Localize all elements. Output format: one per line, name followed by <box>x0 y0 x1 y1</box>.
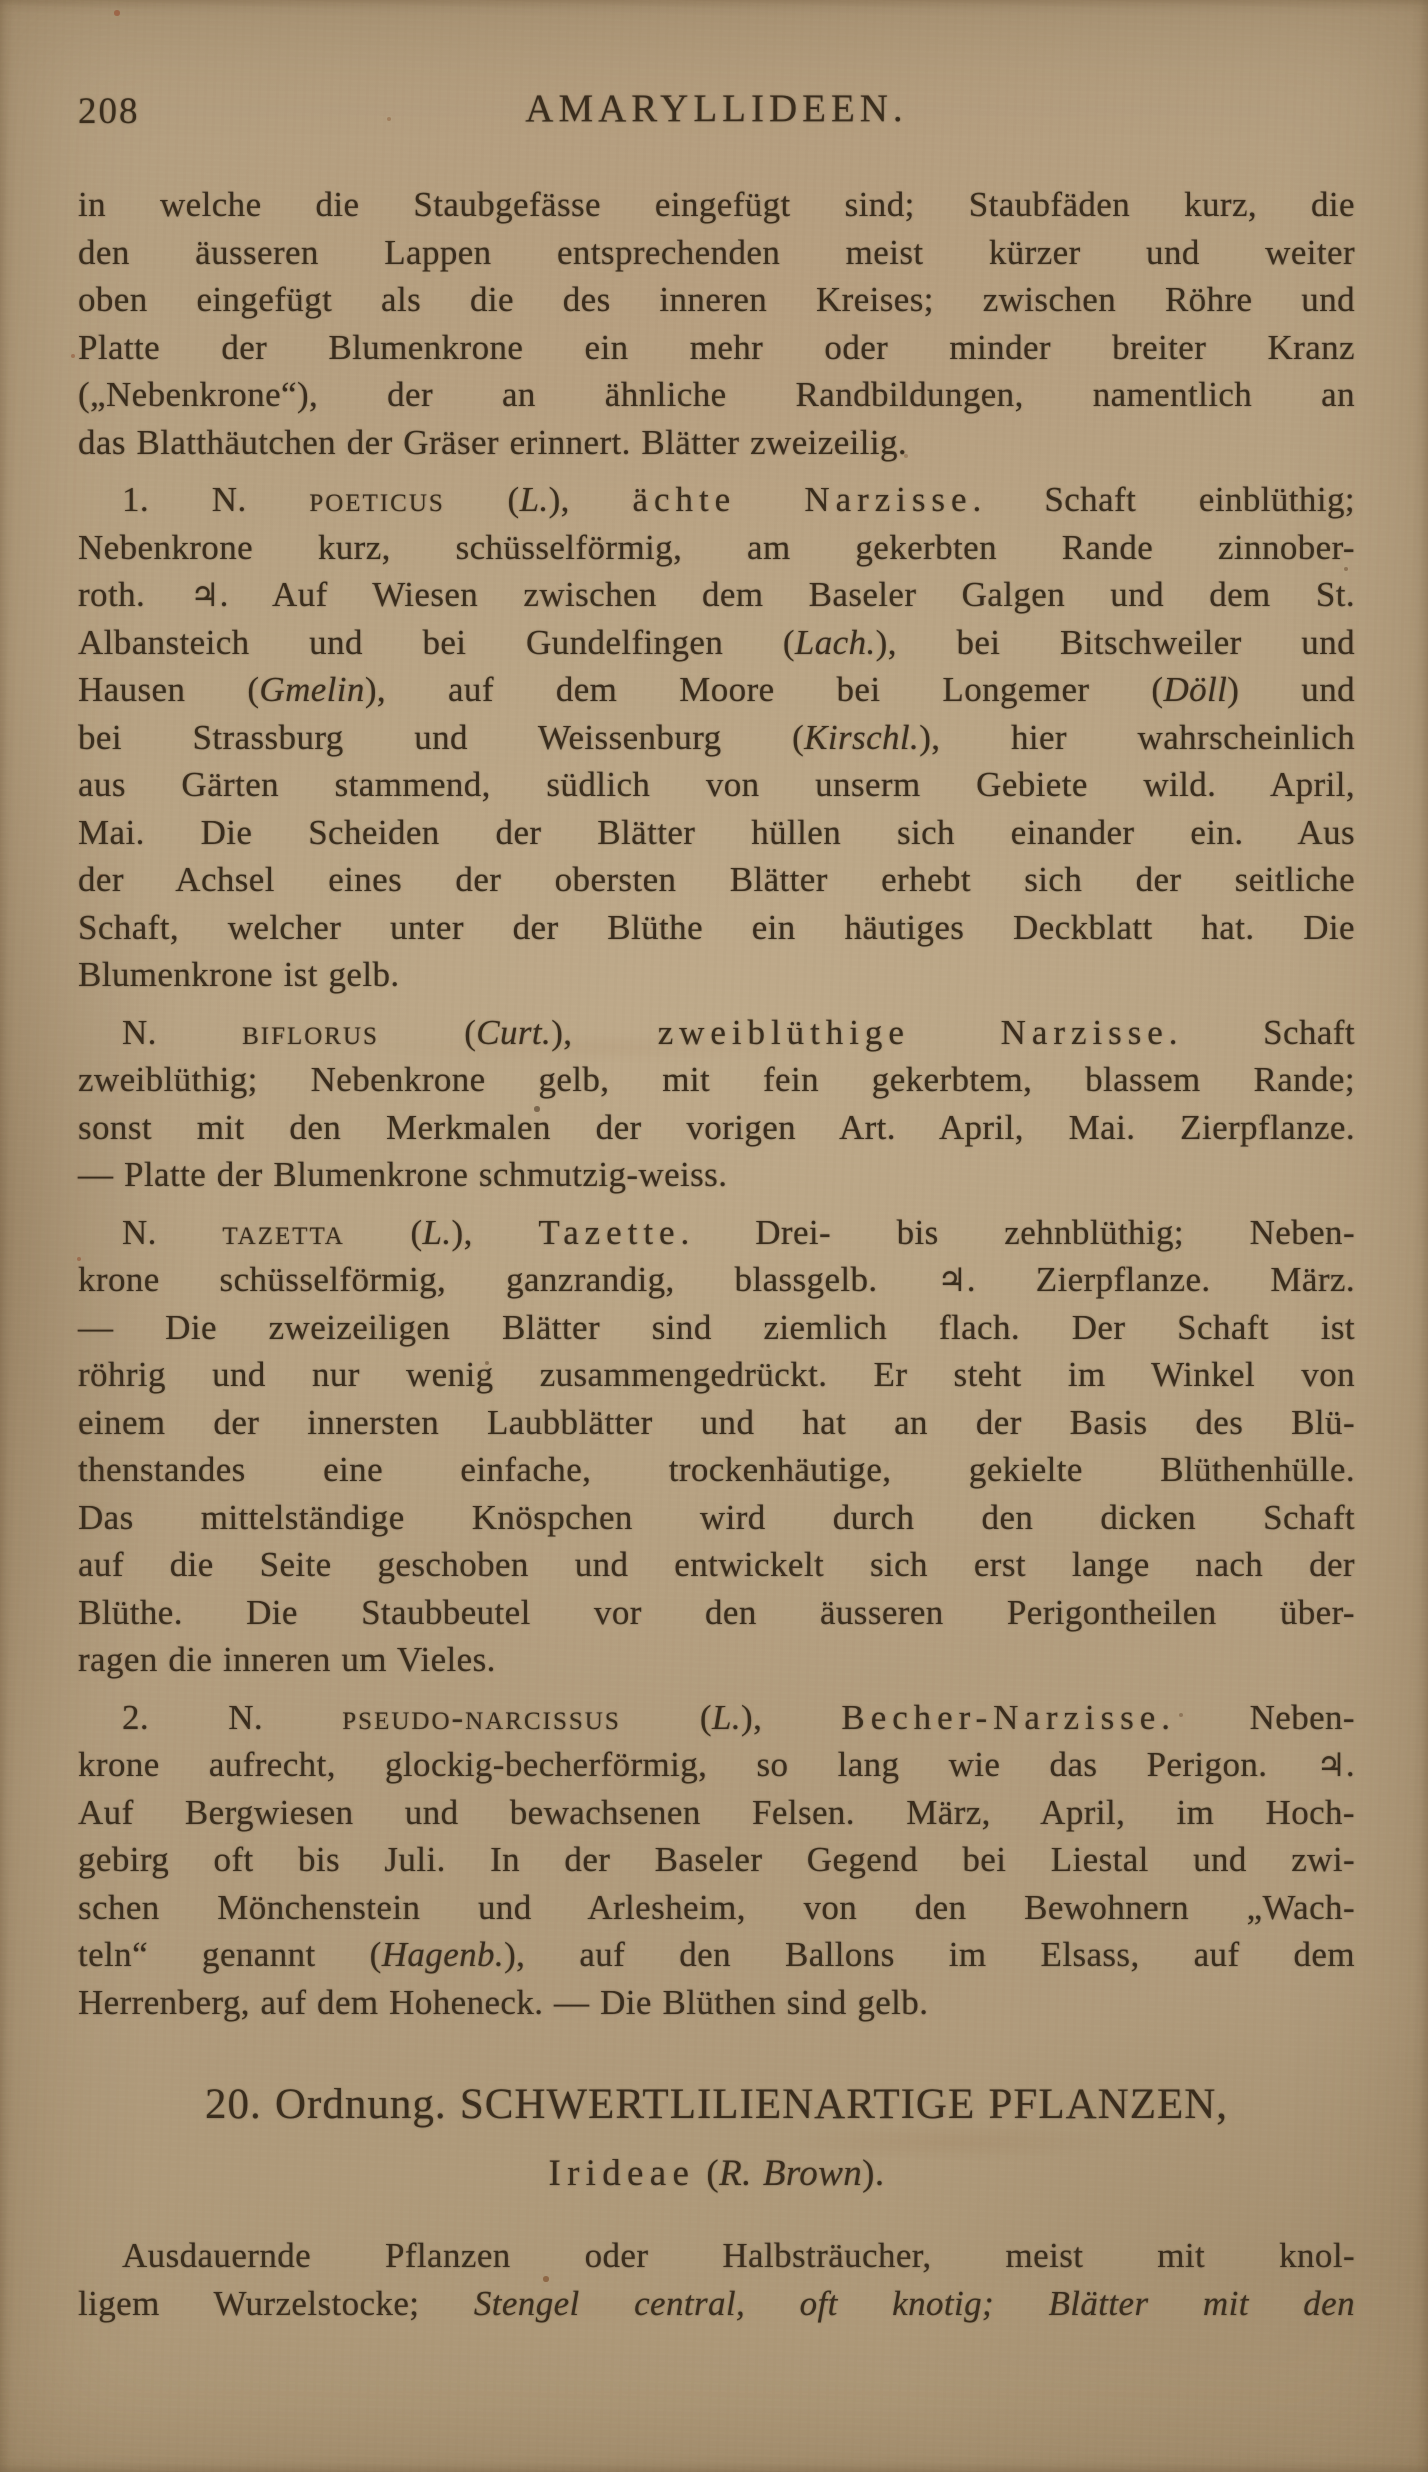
text-run: 20. Ordnung. SCHWERTLILIENARTIGE PFLANZE… <box>205 2081 1228 2128</box>
text-line: 20. Ordnung. SCHWERTLILIENARTIGE PFLANZE… <box>78 2068 1355 2142</box>
text-run: sonst mit den Merkmalen der vorigen Art.… <box>78 1108 1355 1147</box>
text-run: ( <box>621 1698 712 1737</box>
text-run: Blumenkrone ist gelb. <box>78 955 400 994</box>
text-run: ( <box>445 480 520 519</box>
text-run: ), <box>741 1698 841 1737</box>
text-run: Irideae <box>548 2153 695 2194</box>
text-line: Auf Bergwiesen und bewachsenen Felsen. M… <box>78 1789 1355 1837</box>
text-line: Blüthe. Die Staubbeutel vor den äusseren… <box>78 1589 1355 1637</box>
running-title: AMARYLLIDEEN. <box>78 86 1355 131</box>
paragraph: N. tazetta (L.), Tazette. Drei- bis zehn… <box>78 1209 1355 1684</box>
text-run: ), hier wahrscheinlich <box>919 718 1355 757</box>
text-run: . Auf Wiesen zwischen dem Baseler Galgen… <box>220 575 1355 614</box>
text-run: Blüthe. Die Staubbeutel vor den äusseren… <box>78 1593 1355 1632</box>
text-run: thenstandes eine einfache, trockenhäutig… <box>78 1450 1355 1489</box>
text-run: Platte der Blumenkrone ein mehr oder min… <box>78 328 1355 367</box>
text-run: Ausdauernde Pflanzen oder Halbsträucher,… <box>122 2236 1355 2275</box>
text-line: Nebenkrone kurz, schüsselförmig, am geke… <box>78 524 1355 572</box>
text-run: ), <box>452 1213 539 1252</box>
text-run: Stengel central, oft knotig; Blätter mit… <box>474 2284 1355 2323</box>
perennial-symbol: ♃ <box>937 1261 966 1299</box>
text-line: Blumenkrone ist gelb. <box>78 951 1355 999</box>
text-line: 2. N. pseudo-narcissus (L.), Becher-Narz… <box>78 1694 1355 1742</box>
text-run: ragen die inneren um Vieles. <box>78 1640 496 1679</box>
text-line: teln“ genannt (Hagenb.), auf den Ballons… <box>78 1931 1355 1979</box>
text-run: ), bei Bitschweiler und <box>876 623 1355 662</box>
text-run: . Zierpflanze. März. <box>967 1260 1355 1299</box>
text-run: . Drei- bis zehnblüthig; Neben- <box>681 1213 1356 1252</box>
text-run: Becher-Narzisse <box>841 1698 1161 1737</box>
book-page: 208 AMARYLLIDEEN. in welche die Staubgef… <box>0 0 1428 2472</box>
text-run: Hausen ( <box>78 670 259 709</box>
text-run: ( <box>345 1213 423 1252</box>
text-line: bei Strassburg und Weissenburg (Kirschl.… <box>78 714 1355 762</box>
text-run: L. <box>520 480 549 519</box>
text-line: thenstandes eine einfache, trockenhäutig… <box>78 1446 1355 1494</box>
text-line: N. tazetta (L.), Tazette. Drei- bis zehn… <box>78 1209 1355 1257</box>
text-line: Ausdauernde Pflanzen oder Halbsträucher,… <box>78 2232 1355 2280</box>
text-line: krone schüsselförmig, ganzrandig, blassg… <box>78 1256 1355 1304</box>
text-line: ligem Wurzelstocke; Stengel central, oft… <box>78 2280 1355 2328</box>
text-line: Hausen (Gmelin), auf dem Moore bei Longe… <box>78 666 1355 714</box>
text-run: 2. N. <box>122 1698 342 1737</box>
text-line: roth. ♃. Auf Wiesen zwischen dem Baseler… <box>78 571 1355 619</box>
text-line: den äusseren Lappen entsprechenden meist… <box>78 229 1355 277</box>
text-run: — Die zweizeiligen Blätter sind ziemlich… <box>78 1308 1355 1347</box>
text-run: Herrenberg, auf dem Hoheneck. — Die Blüt… <box>78 1983 928 2022</box>
text-run: Döll <box>1163 670 1227 709</box>
text-run: in welche die Staubgefässe eingefügt sin… <box>78 185 1355 224</box>
text-run: zweiblüthige Narzisse <box>658 1013 1169 1052</box>
text-run: Hagenb. <box>382 1935 504 1974</box>
text-run: gebirg oft bis Juli. In der Baseler Gege… <box>78 1840 1355 1879</box>
text-line: N. biflorus (Curt.), zweiblüthige Narzis… <box>78 1009 1355 1057</box>
text-line: einem der innersten Laubblätter und hat … <box>78 1399 1355 1447</box>
text-line: Albansteich und bei Gundelfingen (Lach.)… <box>78 619 1355 667</box>
text-run: aus Gärten stammend, südlich von unserm … <box>78 765 1355 804</box>
text-run: ), <box>551 1013 657 1052</box>
text-line: Irideae (R. Brown). <box>78 2142 1355 2206</box>
text-line: oben eingefügt als die des inneren Kreis… <box>78 276 1355 324</box>
text-run: L. <box>712 1698 741 1737</box>
text-line: Mai. Die Scheiden der Blätter hüllen sic… <box>78 809 1355 857</box>
text-run: einem der innersten Laubblätter und hat … <box>78 1403 1355 1442</box>
text-line: — Die zweizeiligen Blätter sind ziemlich… <box>78 1304 1355 1352</box>
text-run: . Schaft einblüthig; <box>973 480 1355 519</box>
paragraph: N. biflorus (Curt.), zweiblüthige Narzis… <box>78 1009 1355 1199</box>
text-line: der Achsel eines der obersten Blätter er… <box>78 856 1355 904</box>
text-line: aus Gärten stammend, südlich von unserm … <box>78 761 1355 809</box>
text-line: — Platte der Blumenkrone schmutzig-weiss… <box>78 1151 1355 1199</box>
text-run: Mai. Die Scheiden der Blätter hüllen sic… <box>78 813 1355 852</box>
text-run: schen Mönchenstein und Arlesheim, von de… <box>78 1888 1355 1927</box>
text-run: N. <box>122 1213 222 1252</box>
section-heading: 20. Ordnung. SCHWERTLILIENARTIGE PFLANZE… <box>78 2068 1355 2206</box>
paper-speckles <box>0 0 2 2</box>
text-line: Schaft, welcher unter der Blüthe ein häu… <box>78 904 1355 952</box>
text-run: 1. N. <box>122 480 309 519</box>
text-run: röhrig und nur wenig zusammengedrückt. E… <box>78 1355 1355 1394</box>
text-run: Albansteich und bei Gundelfingen ( <box>78 623 795 662</box>
text-run: ( <box>695 2153 719 2194</box>
text-run: Kirschl. <box>804 718 919 757</box>
paragraph: in welche die Staubgefässe eingefügt sin… <box>78 181 1355 466</box>
text-run: („Nebenkrone“), der an ähnliche Randbild… <box>78 375 1355 414</box>
text-run: Tazette <box>538 1213 680 1252</box>
text-run: roth. <box>78 575 190 614</box>
text-run: Lach. <box>795 623 876 662</box>
text-run: Gmelin <box>259 670 364 709</box>
paragraph: Ausdauernde Pflanzen oder Halbsträucher,… <box>78 2232 1355 2327</box>
text-run: der Achsel eines der obersten Blätter er… <box>78 860 1355 899</box>
text-line: 1. N. poeticus (L.), ächte Narzisse. Sch… <box>78 476 1355 524</box>
text-line: das Blatthäutchen der Gräser erinnert. B… <box>78 419 1355 467</box>
text-run: ligem Wurzelstocke; <box>78 2284 474 2323</box>
text-run: pseudo-narcissus <box>342 1698 620 1737</box>
text-line: röhrig und nur wenig zusammengedrückt. E… <box>78 1351 1355 1399</box>
page-header: 208 AMARYLLIDEEN. <box>78 86 1355 136</box>
text-run: . <box>1346 1745 1355 1784</box>
text-run: ), auf den Ballons im Elsass, auf dem <box>504 1935 1355 1974</box>
text-run: Nebenkrone kurz, schüsselförmig, am geke… <box>78 528 1355 567</box>
text-line: Das mittelständige Knöspchen wird durch … <box>78 1494 1355 1542</box>
text-line: zweiblüthig; Nebenkrone gelb, mit fein g… <box>78 1056 1355 1104</box>
text-run: ( <box>379 1013 476 1052</box>
text-run: tazetta <box>222 1213 344 1252</box>
text-run: . Schaft <box>1169 1013 1355 1052</box>
text-run: L. <box>423 1213 452 1252</box>
text-run: bei Strassburg und Weissenburg ( <box>78 718 804 757</box>
text-run: ). <box>862 2153 884 2194</box>
text-line: krone aufrecht, glockig-becherförmig, so… <box>78 1741 1355 1789</box>
text-line: schen Mönchenstein und Arlesheim, von de… <box>78 1884 1355 1932</box>
text-run: krone aufrecht, glockig-becherförmig, so… <box>78 1745 1317 1784</box>
paragraph: 1. N. poeticus (L.), ächte Narzisse. Sch… <box>78 476 1355 999</box>
text-line: Platte der Blumenkrone ein mehr oder min… <box>78 324 1355 372</box>
text-run: oben eingefügt als die des inneren Kreis… <box>78 280 1355 319</box>
text-run: zweiblüthig; Nebenkrone gelb, mit fein g… <box>78 1060 1355 1099</box>
text-run: den äusseren Lappen entsprechenden meist… <box>78 233 1355 272</box>
text-line: auf die Seite geschoben und entwickelt s… <box>78 1541 1355 1589</box>
text-run: ), auf dem Moore bei Longemer ( <box>365 670 1164 709</box>
text-line: sonst mit den Merkmalen der vorigen Art.… <box>78 1104 1355 1152</box>
text-run: poeticus <box>309 480 444 519</box>
text-line: in welche die Staubgefässe eingefügt sin… <box>78 181 1355 229</box>
text-run: krone schüsselförmig, ganzrandig, blassg… <box>78 1260 937 1299</box>
text-line: gebirg oft bis Juli. In der Baseler Gege… <box>78 1836 1355 1884</box>
perennial-symbol: ♃ <box>190 576 219 614</box>
text-run: Curt. <box>476 1013 551 1052</box>
text-run: ächte Narzisse <box>633 480 973 519</box>
text-run: Auf Bergwiesen und bewachsenen Felsen. M… <box>78 1793 1355 1832</box>
text-run: teln“ genannt ( <box>78 1935 382 1974</box>
text-run: . Neben- <box>1161 1698 1355 1737</box>
text-run: Schaft, welcher unter der Blüthe ein häu… <box>78 908 1355 947</box>
text-run: auf die Seite geschoben und entwickelt s… <box>78 1545 1355 1584</box>
paragraph: 2. N. pseudo-narcissus (L.), Becher-Narz… <box>78 1694 1355 2027</box>
text-run: ) und <box>1227 670 1355 709</box>
text-run: — Platte der Blumenkrone schmutzig-weiss… <box>78 1155 727 1194</box>
text-run: biflorus <box>242 1013 379 1052</box>
text-run: ), <box>549 480 633 519</box>
text-line: Herrenberg, auf dem Hoheneck. — Die Blüt… <box>78 1979 1355 2027</box>
perennial-symbol: ♃ <box>1317 1746 1346 1784</box>
body-text: in welche die Staubgefässe eingefügt sin… <box>78 181 1355 2327</box>
text-line: („Nebenkrone“), der an ähnliche Randbild… <box>78 371 1355 419</box>
text-run: N. <box>122 1013 242 1052</box>
text-run: das Blatthäutchen der Gräser erinnert. B… <box>78 423 907 462</box>
text-run: R. Brown <box>719 2153 862 2194</box>
text-run: Das mittelständige Knöspchen wird durch … <box>78 1498 1355 1537</box>
text-line: ragen die inneren um Vieles. <box>78 1636 1355 1684</box>
